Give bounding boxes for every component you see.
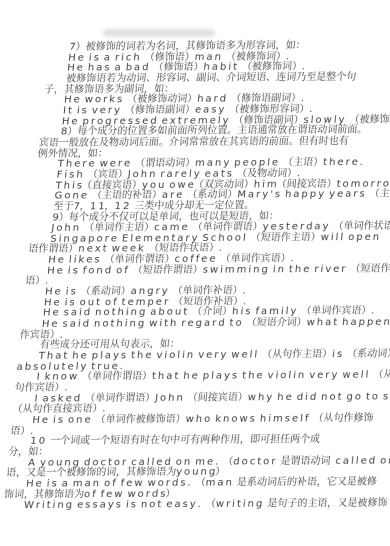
scanned-document-page: 7）被修饰的词若为名词，其修饰语多为形容词，如：H e i s a r i c … [0, 0, 390, 546]
text-line: W r i t i n g e s s a y s i s n o t e a … [0, 499, 370, 512]
text-block: 7）被修饰的词若为名词，其修饰语多为形容词，如：H e i s a r i c … [0, 0, 390, 512]
